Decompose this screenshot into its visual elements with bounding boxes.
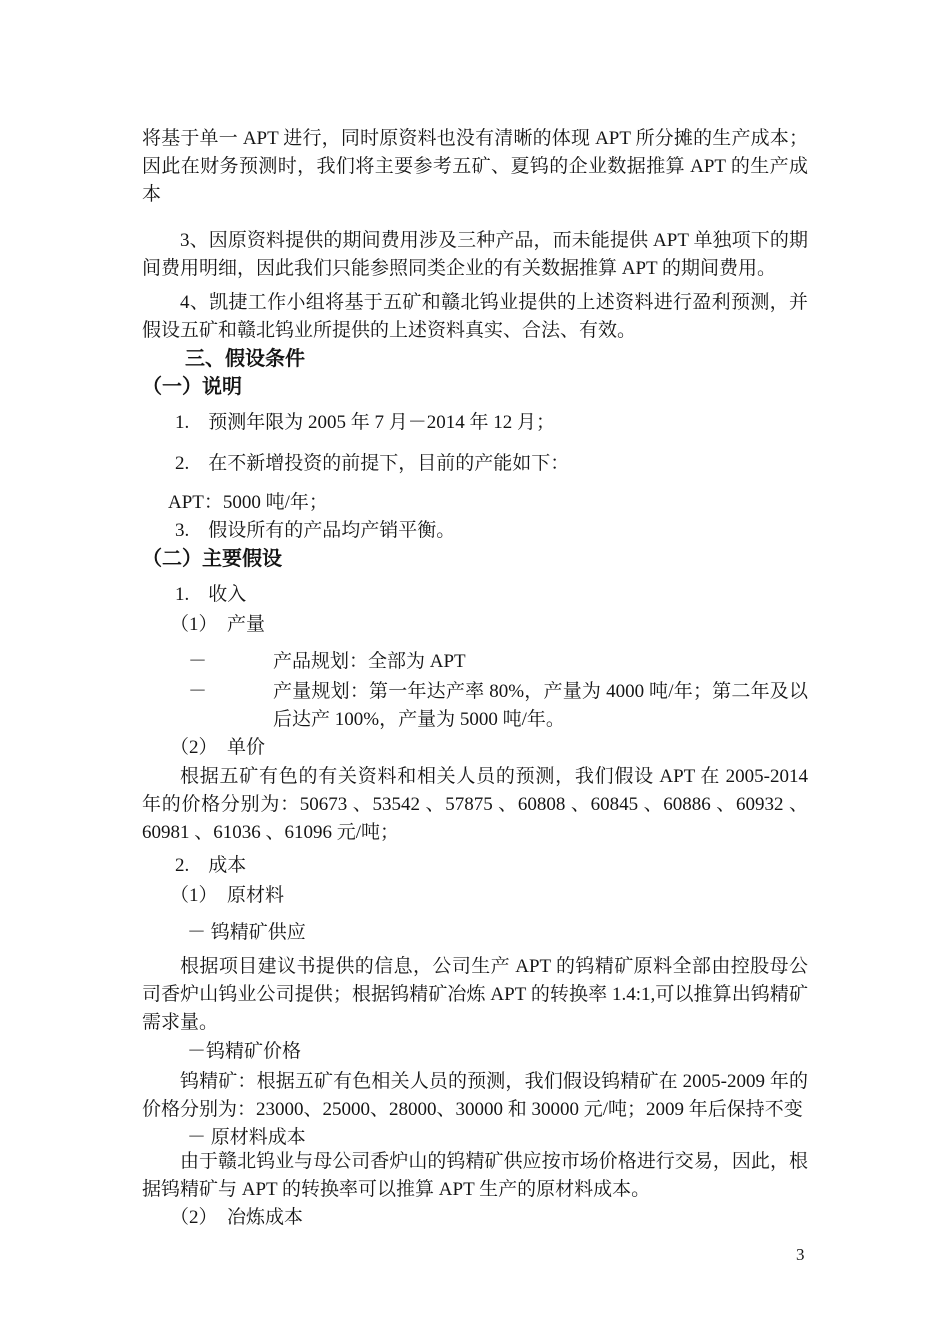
paragraph-apt-price: 根据五矿有色的有关资料和相关人员的预测，我们假设 APT 在 2005-2014… [142,763,808,847]
sub-heading-shuoming: （一）说明 [142,373,808,401]
apt-capacity-line: APT：5000 吨/年； [142,489,808,517]
paragraph-raw-material-cost: 由于赣北钨业与母公司香炉山的钨精矿供应按市场价格进行交易，因此，根据钨精矿与 A… [142,1148,808,1204]
dash-bullet-icon: － [188,648,273,676]
paragraph-concentrate-supply: 根据项目建议书提供的信息，公司生产 APT 的钨精矿原料全部由控股母公司香炉山钨… [142,953,808,1037]
dash-bullet-icon: － [188,678,273,734]
paragraph-concentrate-price: 钨精矿：根据五矿有色相关人员的预测，我们假设钨精矿在 2005-2009 年的价… [142,1068,808,1124]
list-item-price: （2） 单价 [142,734,808,762]
note-item-2: 2. 在不新增投资的前提下，目前的产能如下： [142,450,808,478]
bullet-product-plan-text: 产品规划：全部为 APT [273,648,808,676]
list-item-raw-material: （1） 原材料 [142,882,808,910]
sub-heading-zhuyaojiashe: （二）主要假设 [142,545,808,573]
document-page: 将基于单一 APT 进行，同时原资料也没有清晰的体现 APT 所分摊的生产成本；… [0,0,950,1344]
section-heading-assumptions: 三、假设条件 [142,345,808,373]
note-item-1: 1. 预测年限为 2005 年 7 月－2014 年 12 月； [142,409,808,437]
page-number: 3 [796,1245,805,1265]
list-item-cost: 2. 成本 [142,852,808,880]
note-item-3: 3. 假设所有的产品均产销平衡。 [142,517,808,545]
bullet-product-plan: － 产品规划：全部为 APT [142,648,808,676]
paragraph-4: 4、凯捷工作小组将基于五矿和赣北钨业提供的上述资料进行盈利预测，并假设五矿和赣北… [142,289,808,345]
bullet-concentrate-price: －钨精矿价格 [142,1038,808,1066]
list-item-smelting-cost: （2） 冶炼成本 [142,1204,808,1232]
list-item-income: 1. 收入 [142,581,808,609]
list-item-volume: （1） 产量 [142,611,808,639]
paragraph-intro-continuation: 将基于单一 APT 进行，同时原资料也没有清晰的体现 APT 所分摊的生产成本；… [142,125,808,209]
bullet-volume-plan: － 产量规划：第一年达产率 80%，产量为 4000 吨/年；第二年及以后达产 … [142,678,808,734]
bullet-volume-plan-text: 产量规划：第一年达产率 80%，产量为 4000 吨/年；第二年及以后达产 10… [273,678,808,734]
bullet-concentrate-supply: － 钨精矿供应 [142,919,808,947]
paragraph-3: 3、因原资料提供的期间费用涉及三种产品，而未能提供 APT 单独项下的期间费用明… [142,227,808,283]
document-content: 将基于单一 APT 进行，同时原资料也没有清晰的体现 APT 所分摊的生产成本；… [142,125,808,1232]
